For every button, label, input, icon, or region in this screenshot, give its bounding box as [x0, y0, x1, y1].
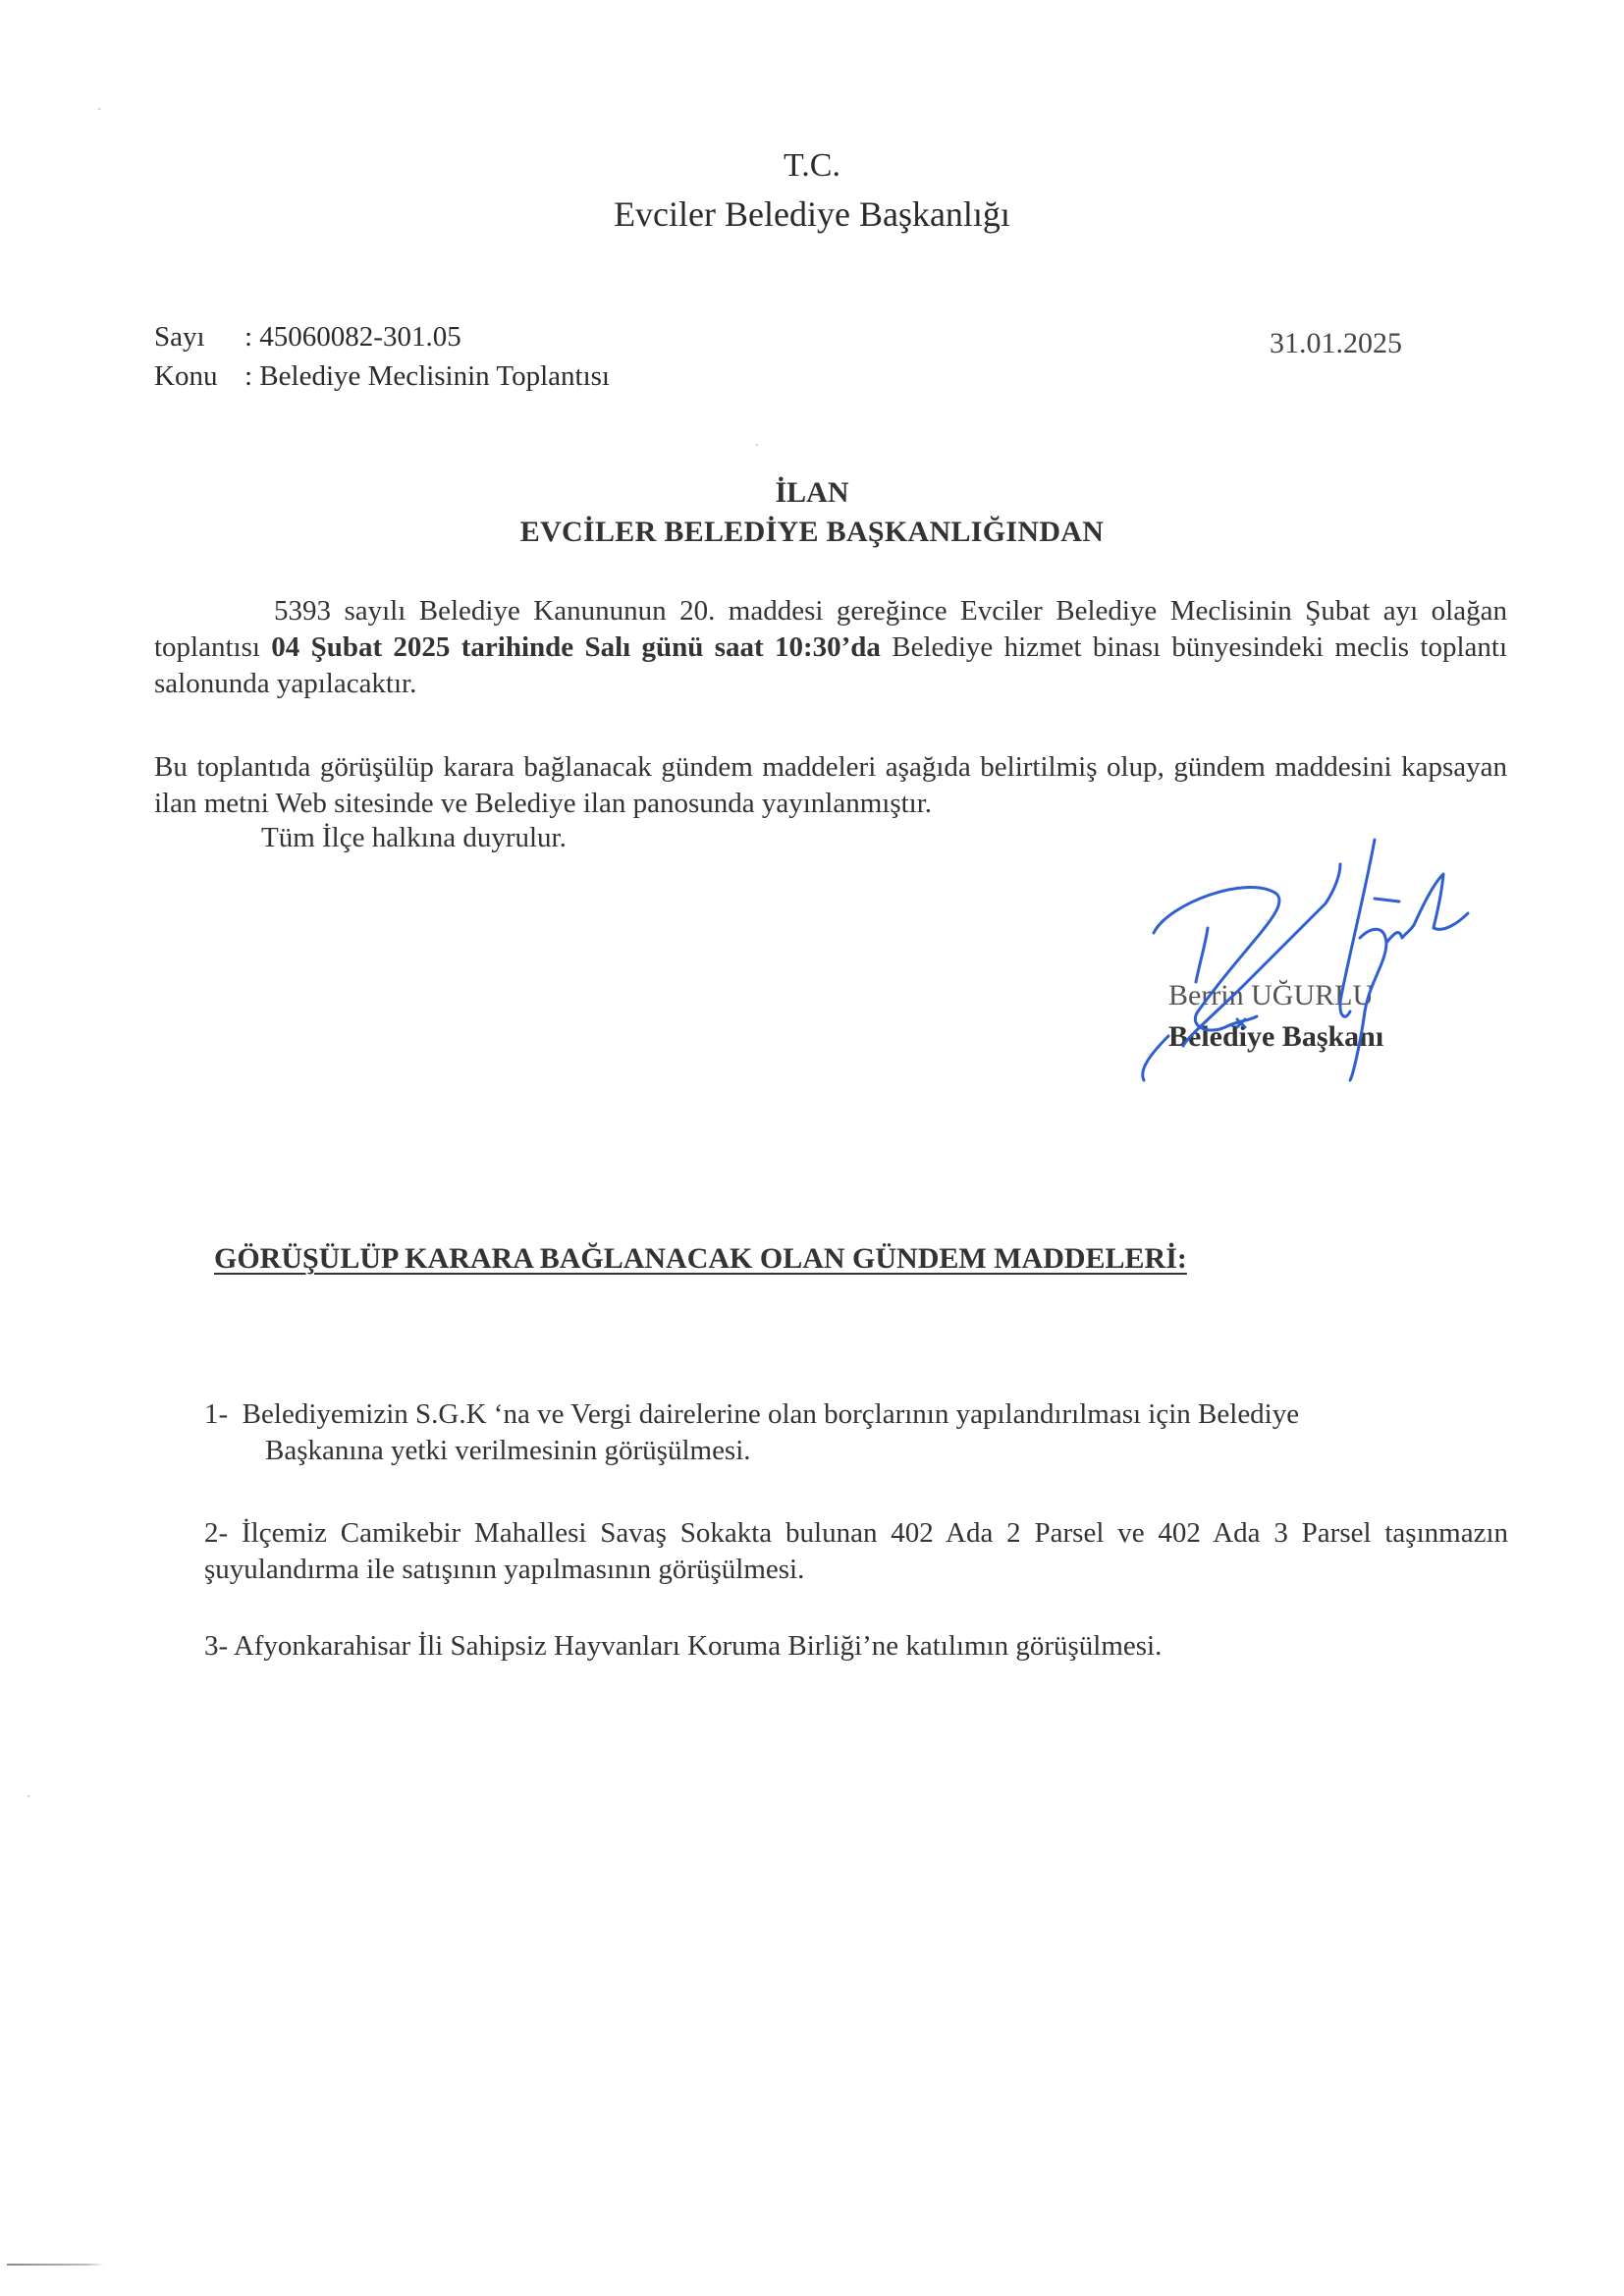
announcement-title: İLAN — [0, 476, 1624, 510]
scan-edge-line — [7, 2264, 105, 2266]
subject-row: Konu: Belediye Meclisinin Toplantısı — [154, 360, 610, 393]
meeting-datetime: 04 Şubat 2025 tarihinde Salı günü saat 1… — [271, 631, 881, 663]
agenda-item-text: İlçemiz Camikebir Mahallesi Savaş Sokakt… — [204, 1517, 1508, 1585]
reference-number-value: : 45060082-301.05 — [244, 321, 461, 353]
agenda-item-1: 1- Belediyemizin S.G.K ‘na ve Vergi dair… — [204, 1396, 1508, 1469]
announcement-paragraph-2: Bu toplantıda görüşülüp karara bağlanaca… — [154, 749, 1507, 822]
signature-icon — [1129, 835, 1483, 1090]
agenda-heading: GÖRÜŞÜLÜP KARARA BAĞLANACAK OLAN GÜNDEM … — [214, 1242, 1187, 1276]
header-organization: Evciler Belediye Başkanlığı — [0, 193, 1624, 235]
scan-speck — [27, 1795, 29, 1797]
agenda-item-text: Afyonkarahisar İli Sahipsiz Hayvanları K… — [234, 1630, 1163, 1662]
announcement-paragraph-3: Tüm İlçe halkına duyrulur. — [261, 822, 850, 854]
subject-label: Konu — [154, 360, 244, 393]
agenda-item-text-cont: Başkanına yetki verilmesinin görüşülmesi… — [204, 1433, 1508, 1469]
subject-value: : Belediye Meclisinin Toplantısı — [244, 360, 610, 392]
scan-speck — [756, 444, 758, 446]
reference-number-row: Sayı: 45060082-301.05 — [154, 321, 461, 354]
document-date: 31.01.2025 — [1270, 327, 1402, 360]
announcement-paragraph-1: 5393 sayılı Belediye Kanununun 20. madde… — [154, 593, 1507, 702]
agenda-item-number: 3- — [204, 1630, 228, 1662]
agenda-item-3: 3- Afyonkarahisar İli Sahipsiz Hayvanlar… — [204, 1628, 1508, 1665]
reference-number-label: Sayı — [154, 321, 244, 354]
scan-speck — [98, 108, 100, 110]
agenda-item-number: 1- — [204, 1398, 228, 1430]
agenda-item-number: 2- — [204, 1517, 228, 1549]
announcement-subtitle: EVCİLER BELEDİYE BAŞKANLIĞINDAN — [0, 516, 1624, 549]
agenda-item-2: 2- İlçemiz Camikebir Mahallesi Savaş Sok… — [204, 1515, 1508, 1588]
agenda-item-text: Belediyemizin S.G.K ‘na ve Vergi dairele… — [243, 1398, 1299, 1430]
header-republic: T.C. — [0, 147, 1624, 185]
